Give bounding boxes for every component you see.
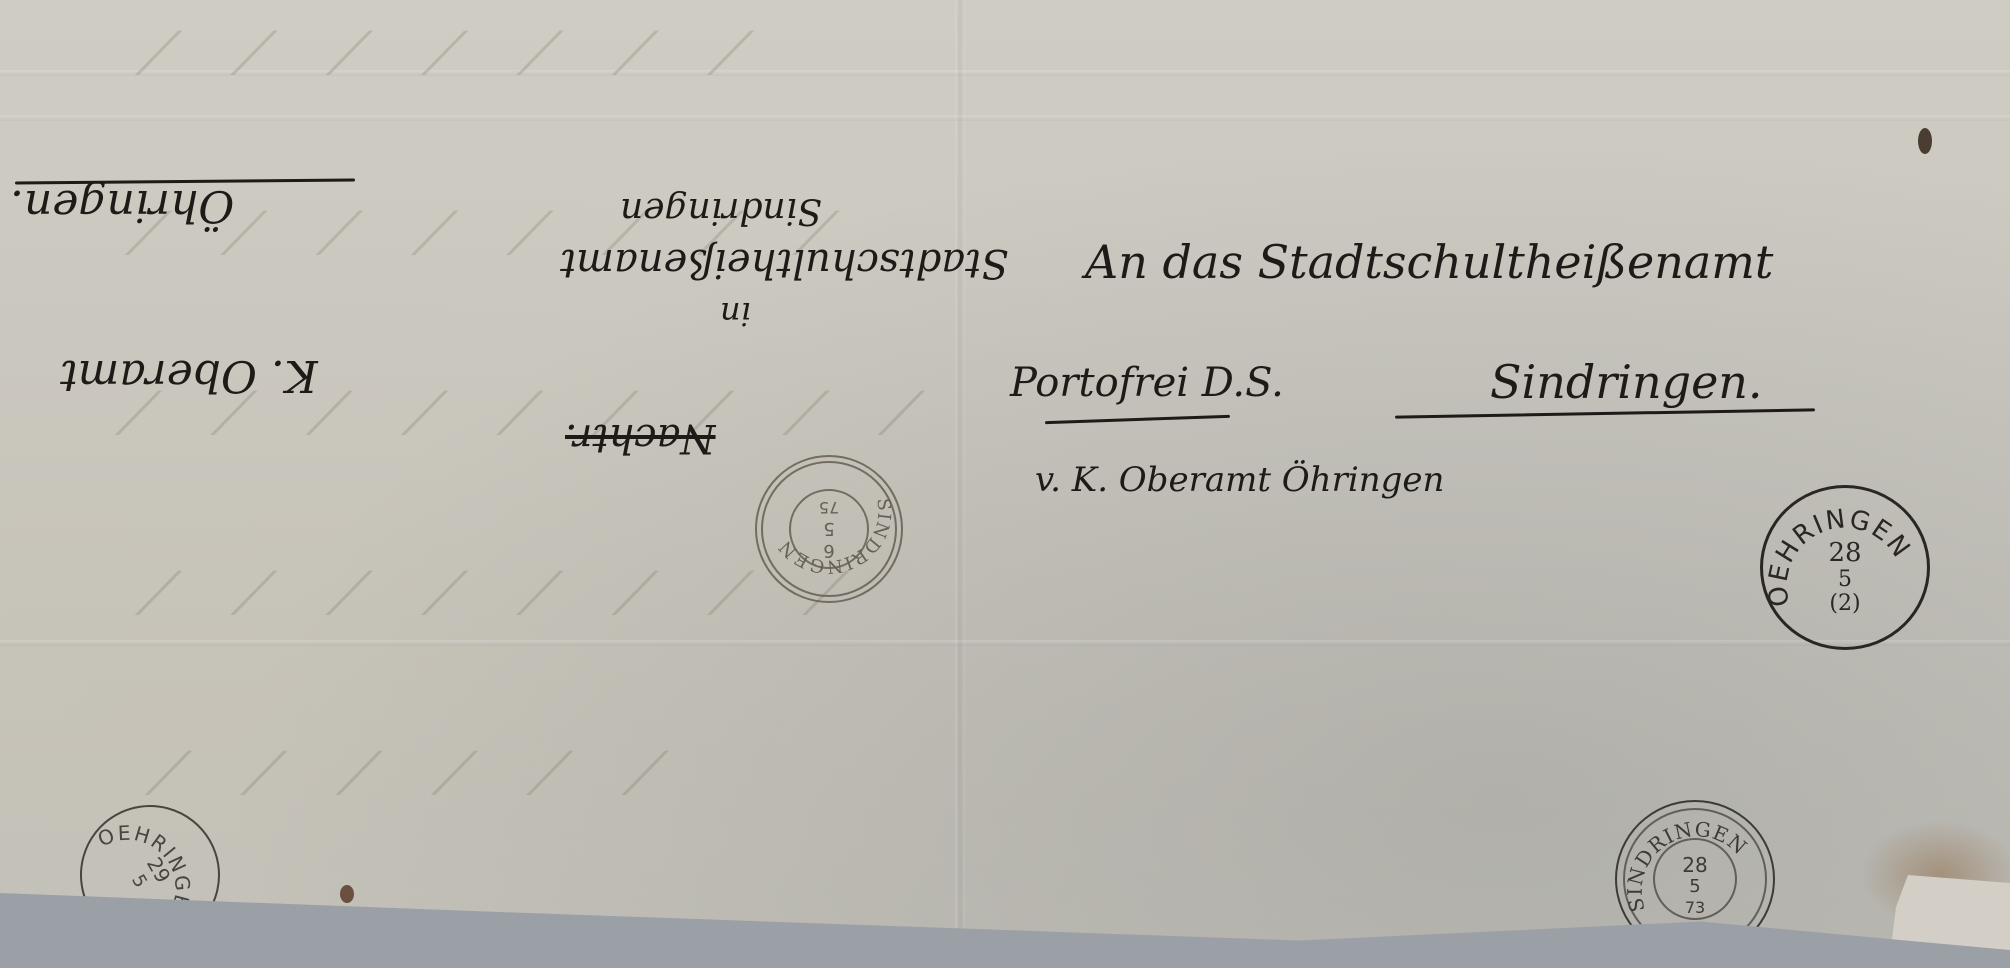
- bleed-through-writing: / / / / / /: [145, 740, 699, 803]
- address-postage-note: Portofrei D.S.: [1010, 360, 1284, 406]
- postmark-day: 28: [1615, 855, 1775, 875]
- upside-down-text: Sindringen: [620, 190, 822, 231]
- upside-down-text: Stadtschultheißenamt: [560, 240, 1009, 286]
- bleed-through-writing: / / / / / / /: [135, 20, 785, 83]
- postmark-month: 5: [1615, 878, 1775, 896]
- upside-down-text-left: Öhringen.: [10, 180, 234, 231]
- postmark-oehringen: OEHRINGEN 28 5 (2): [1760, 485, 1930, 650]
- postmark-day: 28: [1760, 540, 1930, 566]
- ink-spot: [1918, 128, 1932, 154]
- address-line-1: An das Stadtschultheißenamt: [1085, 235, 1773, 289]
- postmark-extra: 75: [755, 499, 903, 515]
- postmark-month: 5: [1760, 569, 1930, 591]
- postmark-month: 5: [755, 519, 903, 537]
- torn-corner: [1890, 875, 2010, 955]
- postmark-extra: (2): [1760, 593, 1930, 615]
- struck-through-text: Nachtr.: [565, 415, 716, 461]
- upside-down-text: in: [720, 295, 751, 333]
- postmark-oehringen-partial: OEHRINGEN 29 5: [54, 779, 245, 968]
- address-sender: v. K. Oberamt Öhringen: [1035, 460, 1444, 500]
- horizontal-fold: [0, 115, 2010, 121]
- underline: [1045, 415, 1230, 424]
- ink-spot: [340, 885, 354, 903]
- address-destination: Sindringen.: [1490, 355, 1763, 409]
- letter-paper: / / / / / / / / / / / / / / / / / / / / …: [0, 0, 2010, 950]
- postmark-sindringen: SINDRINGEN 28 5 73: [1615, 800, 1775, 958]
- postmark-extra: 73: [1615, 900, 1775, 916]
- underline: [1395, 408, 1815, 418]
- postmark-day: 6: [755, 541, 903, 559]
- upside-down-text: K. Oberamt: [60, 350, 318, 401]
- horizontal-fold: [0, 640, 2010, 646]
- vertical-fold: [955, 0, 965, 950]
- postmark-sindringen-inverted: SINDRINGEN 6 5 75: [755, 455, 903, 603]
